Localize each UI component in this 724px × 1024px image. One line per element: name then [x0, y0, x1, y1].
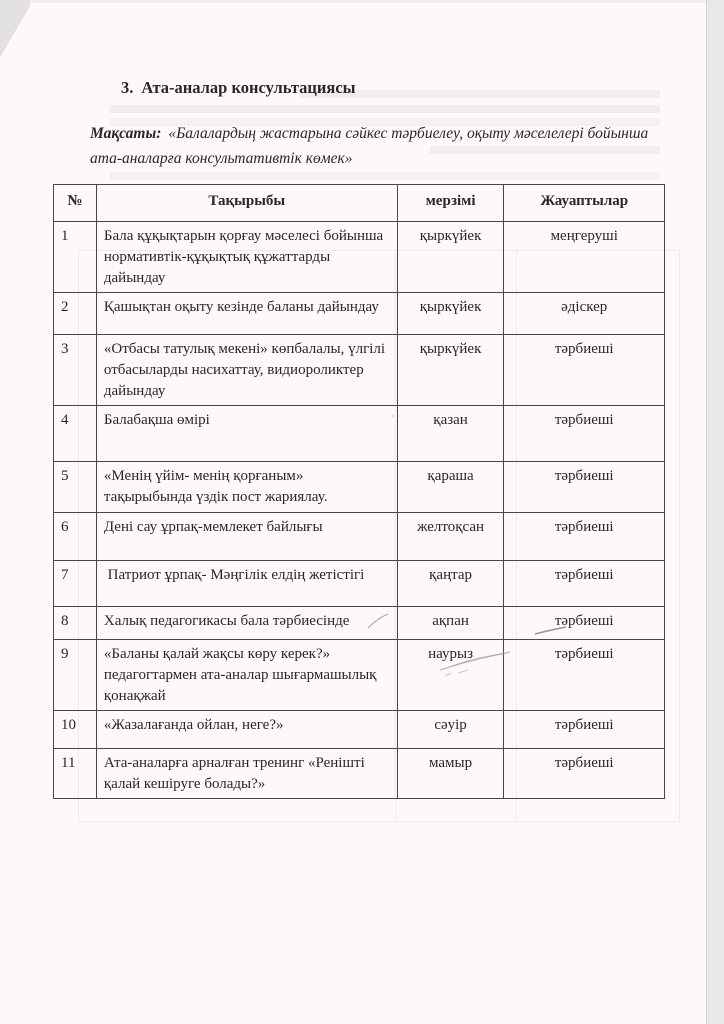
- table-row: 10 «Жазалағанда ойлан, неге?» сәуір тәрб…: [54, 711, 665, 749]
- consultation-plan-table: № Тақырыбы мерзімі Жауаптылар 1 Бала құқ…: [53, 184, 665, 799]
- row-date: ақпан: [397, 607, 504, 640]
- row-topic: Балабақша өмірі: [96, 406, 397, 462]
- table-row: 3 «Отбасы татулық мекені» көпбалалы, үлг…: [54, 335, 665, 406]
- row-responsible: меңгеруші: [504, 222, 665, 293]
- row-topic: «Баланы қалай жақсы көру керек?» педагог…: [96, 640, 397, 711]
- table-row: 4 Балабақша өмірі қазан тәрбиеші: [54, 406, 665, 462]
- row-number: 3: [54, 335, 97, 406]
- row-topic: «Менің үйім- менің қорғаным» тақырыбында…: [96, 462, 397, 513]
- table-header-row: № Тақырыбы мерзімі Жауаптылар: [54, 185, 665, 222]
- row-date: қаңтар: [397, 561, 504, 607]
- table-row: 9 «Баланы қалай жақсы көру керек?» педаг…: [54, 640, 665, 711]
- section-number: 3.: [121, 78, 133, 97]
- row-date: қыркүйек: [397, 335, 504, 406]
- row-topic: Халық педагогикасы бала тәрбиесінде: [96, 607, 397, 640]
- row-responsible: тәрбиеші: [504, 749, 665, 799]
- row-number: 8: [54, 607, 97, 640]
- row-topic: Дені сау ұрпақ-мемлекет байлығы: [96, 513, 397, 561]
- row-responsible: тәрбиеші: [504, 513, 665, 561]
- table-row: 6 Дені сау ұрпақ-мемлекет байлығы желтоқ…: [54, 513, 665, 561]
- row-date: наурыз: [397, 640, 504, 711]
- row-date: қазан: [397, 406, 504, 462]
- table-row: 5 «Менің үйім- менің қорғаным» тақырыбын…: [54, 462, 665, 513]
- row-date: қыркүйек: [397, 293, 504, 335]
- row-date: мамыр: [397, 749, 504, 799]
- row-responsible: тәрбиеші: [504, 462, 665, 513]
- row-number: 9: [54, 640, 97, 711]
- row-date: сәуір: [397, 711, 504, 749]
- table-row: 8 Халық педагогикасы бала тәрбиесінде ақ…: [54, 607, 665, 640]
- row-number: 10: [54, 711, 97, 749]
- goal-statement: Мақсаты:«Балалардың жастарына сәйкес тәр…: [90, 121, 670, 171]
- row-topic: Ата-аналарға арналған тренинг «Ренішті қ…: [96, 749, 397, 799]
- scanner-edge-right: [706, 0, 724, 1024]
- row-topic: Бала құқықтарын қорғау мәселесі бойынша …: [96, 222, 397, 293]
- section-title-text: Ата-аналар консультациясы: [141, 78, 355, 97]
- goal-text: «Балалардың жастарына сәйкес тәрбиелеу, …: [90, 125, 648, 167]
- row-topic: «Отбасы татулық мекені» көпбалалы, үлгіл…: [96, 335, 397, 406]
- row-number: 4: [54, 406, 97, 462]
- table-row: 1 Бала құқықтарын қорғау мәселесі бойынш…: [54, 222, 665, 293]
- header-date: мерзімі: [397, 185, 504, 222]
- row-date: желтоқсан: [397, 513, 504, 561]
- row-topic: Қашықтан оқыту кезінде баланы дайындау: [96, 293, 397, 335]
- row-number: 6: [54, 513, 97, 561]
- row-responsible: әдіскер: [504, 293, 665, 335]
- section-title: 3.Ата-аналар консультациясы: [121, 78, 356, 98]
- row-number: 1: [54, 222, 97, 293]
- row-topic: Патриот ұрпақ- Мәңгілік елдің жетістігі: [96, 561, 397, 607]
- header-responsible: Жауаптылар: [504, 185, 665, 222]
- row-number: 2: [54, 293, 97, 335]
- table-row: 7 Патриот ұрпақ- Мәңгілік елдің жетістіг…: [54, 561, 665, 607]
- row-responsible: тәрбиеші: [504, 640, 665, 711]
- scanner-edge-left: [0, 0, 30, 75]
- header-topic: Тақырыбы: [96, 185, 397, 222]
- row-topic: «Жазалағанда ойлан, неге?»: [96, 711, 397, 749]
- table-row: 2 Қашықтан оқыту кезінде баланы дайындау…: [54, 293, 665, 335]
- row-responsible: тәрбиеші: [504, 711, 665, 749]
- row-responsible: тәрбиеші: [504, 406, 665, 462]
- row-responsible: тәрбиеші: [504, 561, 665, 607]
- table-row: 11 Ата-аналарға арналған тренинг «Ренішт…: [54, 749, 665, 799]
- row-number: 5: [54, 462, 97, 513]
- goal-label: Мақсаты:: [90, 125, 161, 142]
- row-date: қараша: [397, 462, 504, 513]
- row-responsible: тәрбиеші: [504, 335, 665, 406]
- header-number: №: [54, 185, 97, 222]
- row-number: 11: [54, 749, 97, 799]
- row-responsible: тәрбиеші: [504, 607, 665, 640]
- row-date: қыркүйек: [397, 222, 504, 293]
- row-number: 7: [54, 561, 97, 607]
